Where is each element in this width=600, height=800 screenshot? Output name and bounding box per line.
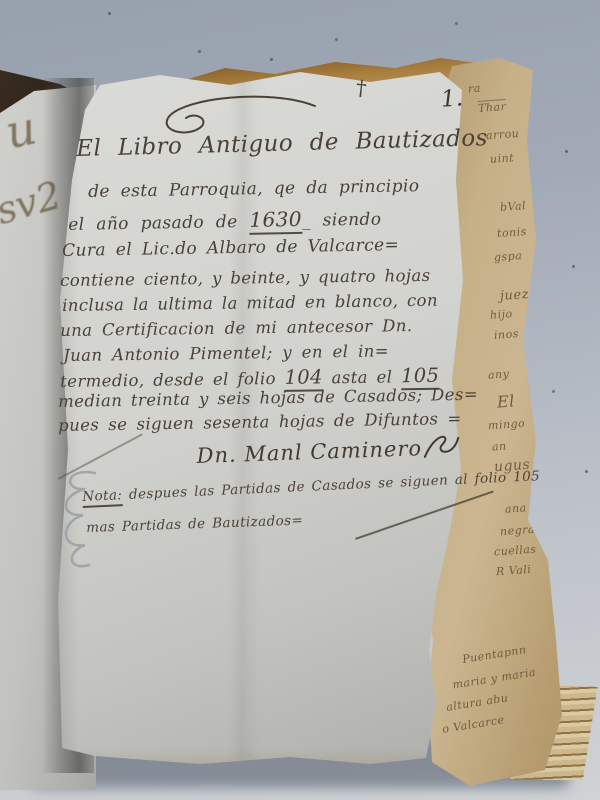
margin-fragment: tonis — [497, 225, 528, 240]
nota-label: Nota: — [82, 487, 123, 508]
underlined-year: 1630 — [249, 207, 302, 235]
line-text: asta el — [323, 367, 401, 387]
margin-fragment: R Vali — [496, 563, 532, 578]
dust-specks — [108, 12, 111, 15]
line-text: el año pasado de — [68, 212, 249, 235]
margin-fragment: hijo — [490, 307, 513, 322]
line-text: _ siendo — [302, 210, 382, 231]
corner-fragment: o Valcarce — [441, 713, 505, 736]
margin-fragment: ra — [468, 82, 482, 96]
margin-fragment: El — [496, 391, 515, 411]
signature-text: Dn. Manl Caminero — [196, 436, 422, 468]
margin-fragment: juez — [500, 287, 530, 304]
margin-fragment: any — [488, 367, 510, 381]
margin-fragment: negra — [500, 523, 536, 538]
margin-fragment: gspa — [494, 249, 523, 264]
left-page-glyph: u — [1, 101, 41, 160]
corner-fragment: Puentapnn — [461, 643, 527, 666]
margin-fragment: bVal — [500, 199, 527, 214]
corner-fragment: maria y maria — [452, 665, 537, 691]
photo-canvas: u sv2 ra Thar arrou uint bVal tonis gspa… — [0, 0, 600, 800]
margin-fragment: ana — [505, 501, 528, 515]
margin-fragment: an — [492, 440, 508, 454]
margin-fragment: cuellas — [494, 543, 537, 559]
margin-fragment: inos — [494, 327, 520, 342]
signature-rubric — [421, 428, 464, 463]
margin-fragment: Thar — [478, 99, 507, 115]
margin-fragment: mingo — [488, 417, 526, 433]
margin-fragment: uint — [490, 151, 515, 166]
margin-fragment: arrou — [486, 127, 520, 142]
folio-number: 1. — [440, 85, 464, 112]
corner-fragment: altura abu — [445, 691, 509, 714]
